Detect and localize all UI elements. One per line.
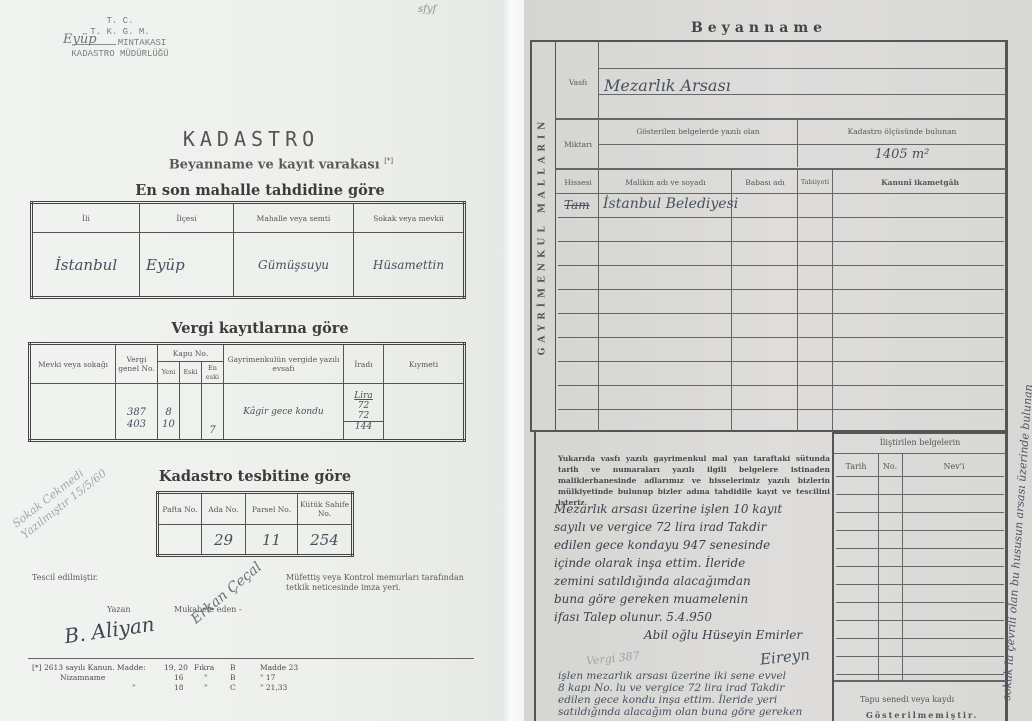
row-line — [836, 674, 1004, 675]
footnote-cell: Fıkra — [194, 663, 230, 673]
divider — [878, 454, 879, 680]
header-hissesi: Hissesi — [558, 178, 598, 187]
row-line — [836, 584, 1004, 585]
attached-docs-heading: İliştirilen belgelerin — [834, 438, 1006, 447]
mahalle-table: İli İlçesi Mahalle veya semti Sokak veya… — [30, 201, 466, 299]
handwritten-line: Mezarlık arsası üzerine işlen 10 kayıt — [554, 500, 844, 518]
tapu-label: Tapu senedi veya kaydı — [860, 695, 1000, 704]
handwritten-line: edilen gece kondayu 947 senesinde — [554, 536, 844, 554]
divider — [902, 454, 903, 680]
subtitle-text: Beyanname ve kayıt varakası — [169, 157, 380, 172]
footnote-cell: [*] 2613 sayılı Kanun. Madde: — [32, 663, 164, 673]
handwritten-line: 8 kapı No. lu ve vergice 72 lira irad Ta… — [558, 682, 858, 694]
footnote-cell: C — [230, 683, 260, 693]
vergi-no-1: 387 — [116, 407, 157, 419]
section-heading-vergi: Vergi kayıtlarına göre — [130, 320, 390, 337]
footnote-cell: B — [230, 673, 260, 683]
row-line — [836, 566, 1004, 567]
stamp-mintakasi: MINTAKASI — [118, 38, 167, 48]
value-pafta — [158, 525, 202, 556]
row-line — [836, 620, 1004, 621]
handwritten-line: edilen gece kondu inşa ettim. İleride ye… — [558, 694, 858, 706]
document-title: KADASTRO — [0, 127, 502, 151]
header-malik: Malikin adı ve soyadı — [600, 178, 731, 187]
header-kapu-no: Kapu No. — [158, 344, 224, 362]
footnote-cell: " — [194, 673, 230, 683]
owner-name: İstanbul Belediyesi — [603, 196, 738, 212]
row-line — [836, 530, 1004, 531]
row-line — [558, 337, 1004, 338]
vergi-no-2: 403 — [116, 419, 157, 431]
footnote-cell: 18 — [164, 683, 194, 693]
stamp-line-1: T. C. — [45, 16, 195, 27]
footnote-cell: " — [194, 683, 230, 693]
divider — [556, 168, 1006, 170]
footnote-cell: " 21,33 — [260, 683, 320, 693]
handwritten-line: zemini satıldığında alacağımdan — [554, 572, 844, 590]
footnote-cell: B — [230, 663, 260, 673]
value-kiymet — [384, 384, 465, 441]
row-line — [836, 656, 1004, 657]
irad-1: 72 — [344, 401, 383, 411]
value-mahalle: Gümüşsuyu — [234, 233, 354, 298]
header-kutuk: Kütük Sahife No. — [298, 493, 353, 525]
property-table-frame — [530, 40, 1008, 432]
miktari-col2-value: 1405 m² — [798, 147, 1006, 162]
side-label-text: GAYRİMENKUL MALLARIN — [538, 117, 548, 356]
row-line — [558, 313, 1004, 314]
footnote-mark: [*] — [384, 157, 393, 165]
header-il: İli — [32, 203, 140, 233]
header-mahalle: Mahalle veya semti — [234, 203, 354, 233]
footnote-cell: 16 — [164, 673, 194, 683]
handwritten-line: işlen mezarlık arsası üzerine iki sene e… — [558, 670, 858, 682]
vergi-table: Mevki veya sokağı Vergi genel No. Kapu N… — [28, 342, 466, 442]
stamp-district-handwritten: Eyüp — [63, 34, 97, 45]
handwritten-signature-line: Abil oğlu Hüseyin Emirler — [554, 626, 844, 644]
value-en-eski: 7 — [202, 384, 224, 441]
tesbit-table: Pafta No. Ada No. Parsel No. Kütük Sahif… — [156, 491, 354, 557]
section-heading-tesbit: Kadastro tesbitine göre — [150, 468, 360, 485]
row-line — [558, 409, 1004, 410]
section-heading-mahalle: En son mahalle tahdidine göre — [120, 182, 400, 199]
corner-mark: sfyf — [418, 4, 436, 15]
vasfi-value: Mezarlık Arsası — [604, 76, 731, 95]
row-line — [558, 217, 1004, 218]
value-irad: Lira 72 72 144 — [344, 384, 384, 441]
handwritten-line: sayılı ve vergice 72 lira irad Takdir — [554, 518, 844, 536]
row-line — [836, 494, 1004, 495]
row-line — [558, 289, 1004, 290]
header-ada: Ada No. — [202, 493, 246, 525]
header-pafta: Pafta No. — [158, 493, 202, 525]
miktari-label: Miktarı — [558, 140, 598, 149]
footnote-cell: 19, 20 — [164, 663, 194, 673]
header-baba: Babası adı — [732, 178, 798, 187]
pencil-note: Sokak Cekmedi Yazılmıştır 15/5/60 — [10, 456, 110, 542]
value-il: İstanbul — [32, 233, 140, 298]
beyanname-title: Beyanname — [524, 20, 994, 36]
owner-hisse: Tam — [564, 198, 590, 212]
row-line — [836, 638, 1004, 639]
footnote: [*] 2613 sayılı Kanun. Madde: 19, 20 Fık… — [32, 663, 320, 693]
value-yeni: 8 10 — [158, 384, 180, 441]
footnote-divider — [28, 658, 474, 659]
row-line — [558, 241, 1004, 242]
divider — [598, 144, 1006, 145]
value-parsel: 11 — [246, 525, 298, 556]
tescil-note: Tescil edilmiştir. — [32, 573, 98, 583]
irad-label: Lira — [344, 391, 383, 401]
side-label: GAYRİMENKUL MALLARIN — [530, 40, 556, 432]
header-eski: Eski — [180, 362, 202, 384]
header-en-eski: En eski — [202, 362, 224, 384]
divider — [598, 68, 1006, 69]
row-line — [558, 361, 1004, 362]
yazan-signature: B. Aliyan — [63, 612, 156, 648]
row-line — [558, 265, 1004, 266]
footnote-cell: " — [32, 683, 164, 693]
header-ilce: İlçesi — [140, 203, 234, 233]
handwritten-line: ifası Talep olunur. 5.4.950 — [554, 608, 844, 626]
kapu-yeni-1: 8 — [158, 407, 179, 419]
office-stamp: T. C. T. K. G. M. MINTAKASI KADASTRO MÜD… — [45, 16, 195, 60]
header-mevki: Mevki veya sokağı — [30, 344, 116, 384]
declaration-handwritten-2: işlen mezarlık arsası üzerine iki sene e… — [558, 670, 858, 718]
tapu-value: Gösterilmemiştir. — [866, 710, 1006, 720]
header-irad: İradı — [344, 344, 384, 384]
stamp-line-4: KADASTRO MÜDÜRLÜĞÜ — [45, 49, 195, 60]
kapu-yeni-2: 10 — [158, 419, 179, 431]
footnote-row: [*] 2613 sayılı Kanun. Madde: 19, 20 Fık… — [32, 663, 320, 673]
divider — [834, 680, 1006, 682]
row-line — [836, 548, 1004, 549]
miktari-col1-header: Gösterilen belgelerde yazılı olan — [600, 127, 796, 136]
row-line — [836, 602, 1004, 603]
handwritten-line: buna göre gereken muamelenin — [554, 590, 844, 608]
header-tarih: Tarih — [834, 462, 878, 471]
header-evsaf: Gayrimenkulün vergide yazılı evsafı — [224, 344, 344, 384]
yazan-label: Yazan — [107, 605, 131, 615]
value-ilce: Eyüp — [140, 233, 234, 298]
header-tabiiyet: Tabiiyeti — [798, 178, 832, 186]
declaration-handwritten: Mezarlık arsası üzerine işlen 10 kayıt s… — [554, 500, 844, 644]
vasfi-label: Vasfı — [558, 78, 598, 87]
row-line — [558, 385, 1004, 386]
header-ikametgah: Kanunî ikametgâh — [834, 178, 1006, 187]
header-kiymet: Kıymeti — [384, 344, 465, 384]
left-page-kadastro-form: sfyf T. C. T. K. G. M. MINTAKASI KADASTR… — [0, 0, 502, 721]
irad-total: 144 — [344, 422, 383, 432]
document-subtitle: Beyanname ve kayıt varakası [*] — [0, 157, 502, 172]
footnote-cell: Madde 23 — [260, 663, 320, 673]
divider — [556, 193, 1006, 194]
footnote-row: Nizamname 16 " B " 17 — [32, 673, 320, 683]
value-vergi-no: 387 403 — [116, 384, 158, 441]
footnote-cell: Nizamname — [32, 673, 164, 683]
miktari-col2-header: Kadastro ölçüsünde bulunan — [798, 127, 1006, 136]
footnote-cell: " 17 — [260, 673, 320, 683]
header-parsel: Parsel No. — [246, 493, 298, 525]
value-eski — [180, 384, 202, 441]
divider — [832, 170, 833, 432]
irad-2: 72 — [344, 411, 383, 422]
row-line — [836, 476, 1004, 477]
header-sokak: Sokak veya mevkii — [354, 203, 465, 233]
handwritten-line: satıldığında alacağım olan buna göre ger… — [558, 706, 858, 718]
divider — [834, 453, 1006, 454]
value-sokak: Hüsamettin — [354, 233, 465, 298]
footnote-row: " 18 " C " 21,33 — [32, 683, 320, 693]
divider — [556, 118, 1006, 120]
row-line — [836, 512, 1004, 513]
header-nevi: Nev'i — [902, 462, 1006, 471]
mufettis-note: Müfettiş veya Kontrol memurları tarafınd… — [286, 573, 476, 593]
value-evsaf: Kâgir gece kondu — [224, 384, 344, 441]
value-mevki — [30, 384, 116, 441]
divider — [797, 170, 798, 432]
handwritten-line: içinde olarak inşa ettim. İleride — [554, 554, 844, 572]
divider — [598, 42, 599, 432]
value-ada: 29 — [202, 525, 246, 556]
page-seam — [502, 0, 524, 721]
mukabele-signature: Erkan Çeçal — [188, 559, 265, 627]
header-vergi-no: Vergi genel No. — [116, 344, 158, 384]
header-no: No. — [878, 462, 902, 471]
header-yeni: Yeni — [158, 362, 180, 384]
value-kutuk: 254 — [298, 525, 353, 556]
